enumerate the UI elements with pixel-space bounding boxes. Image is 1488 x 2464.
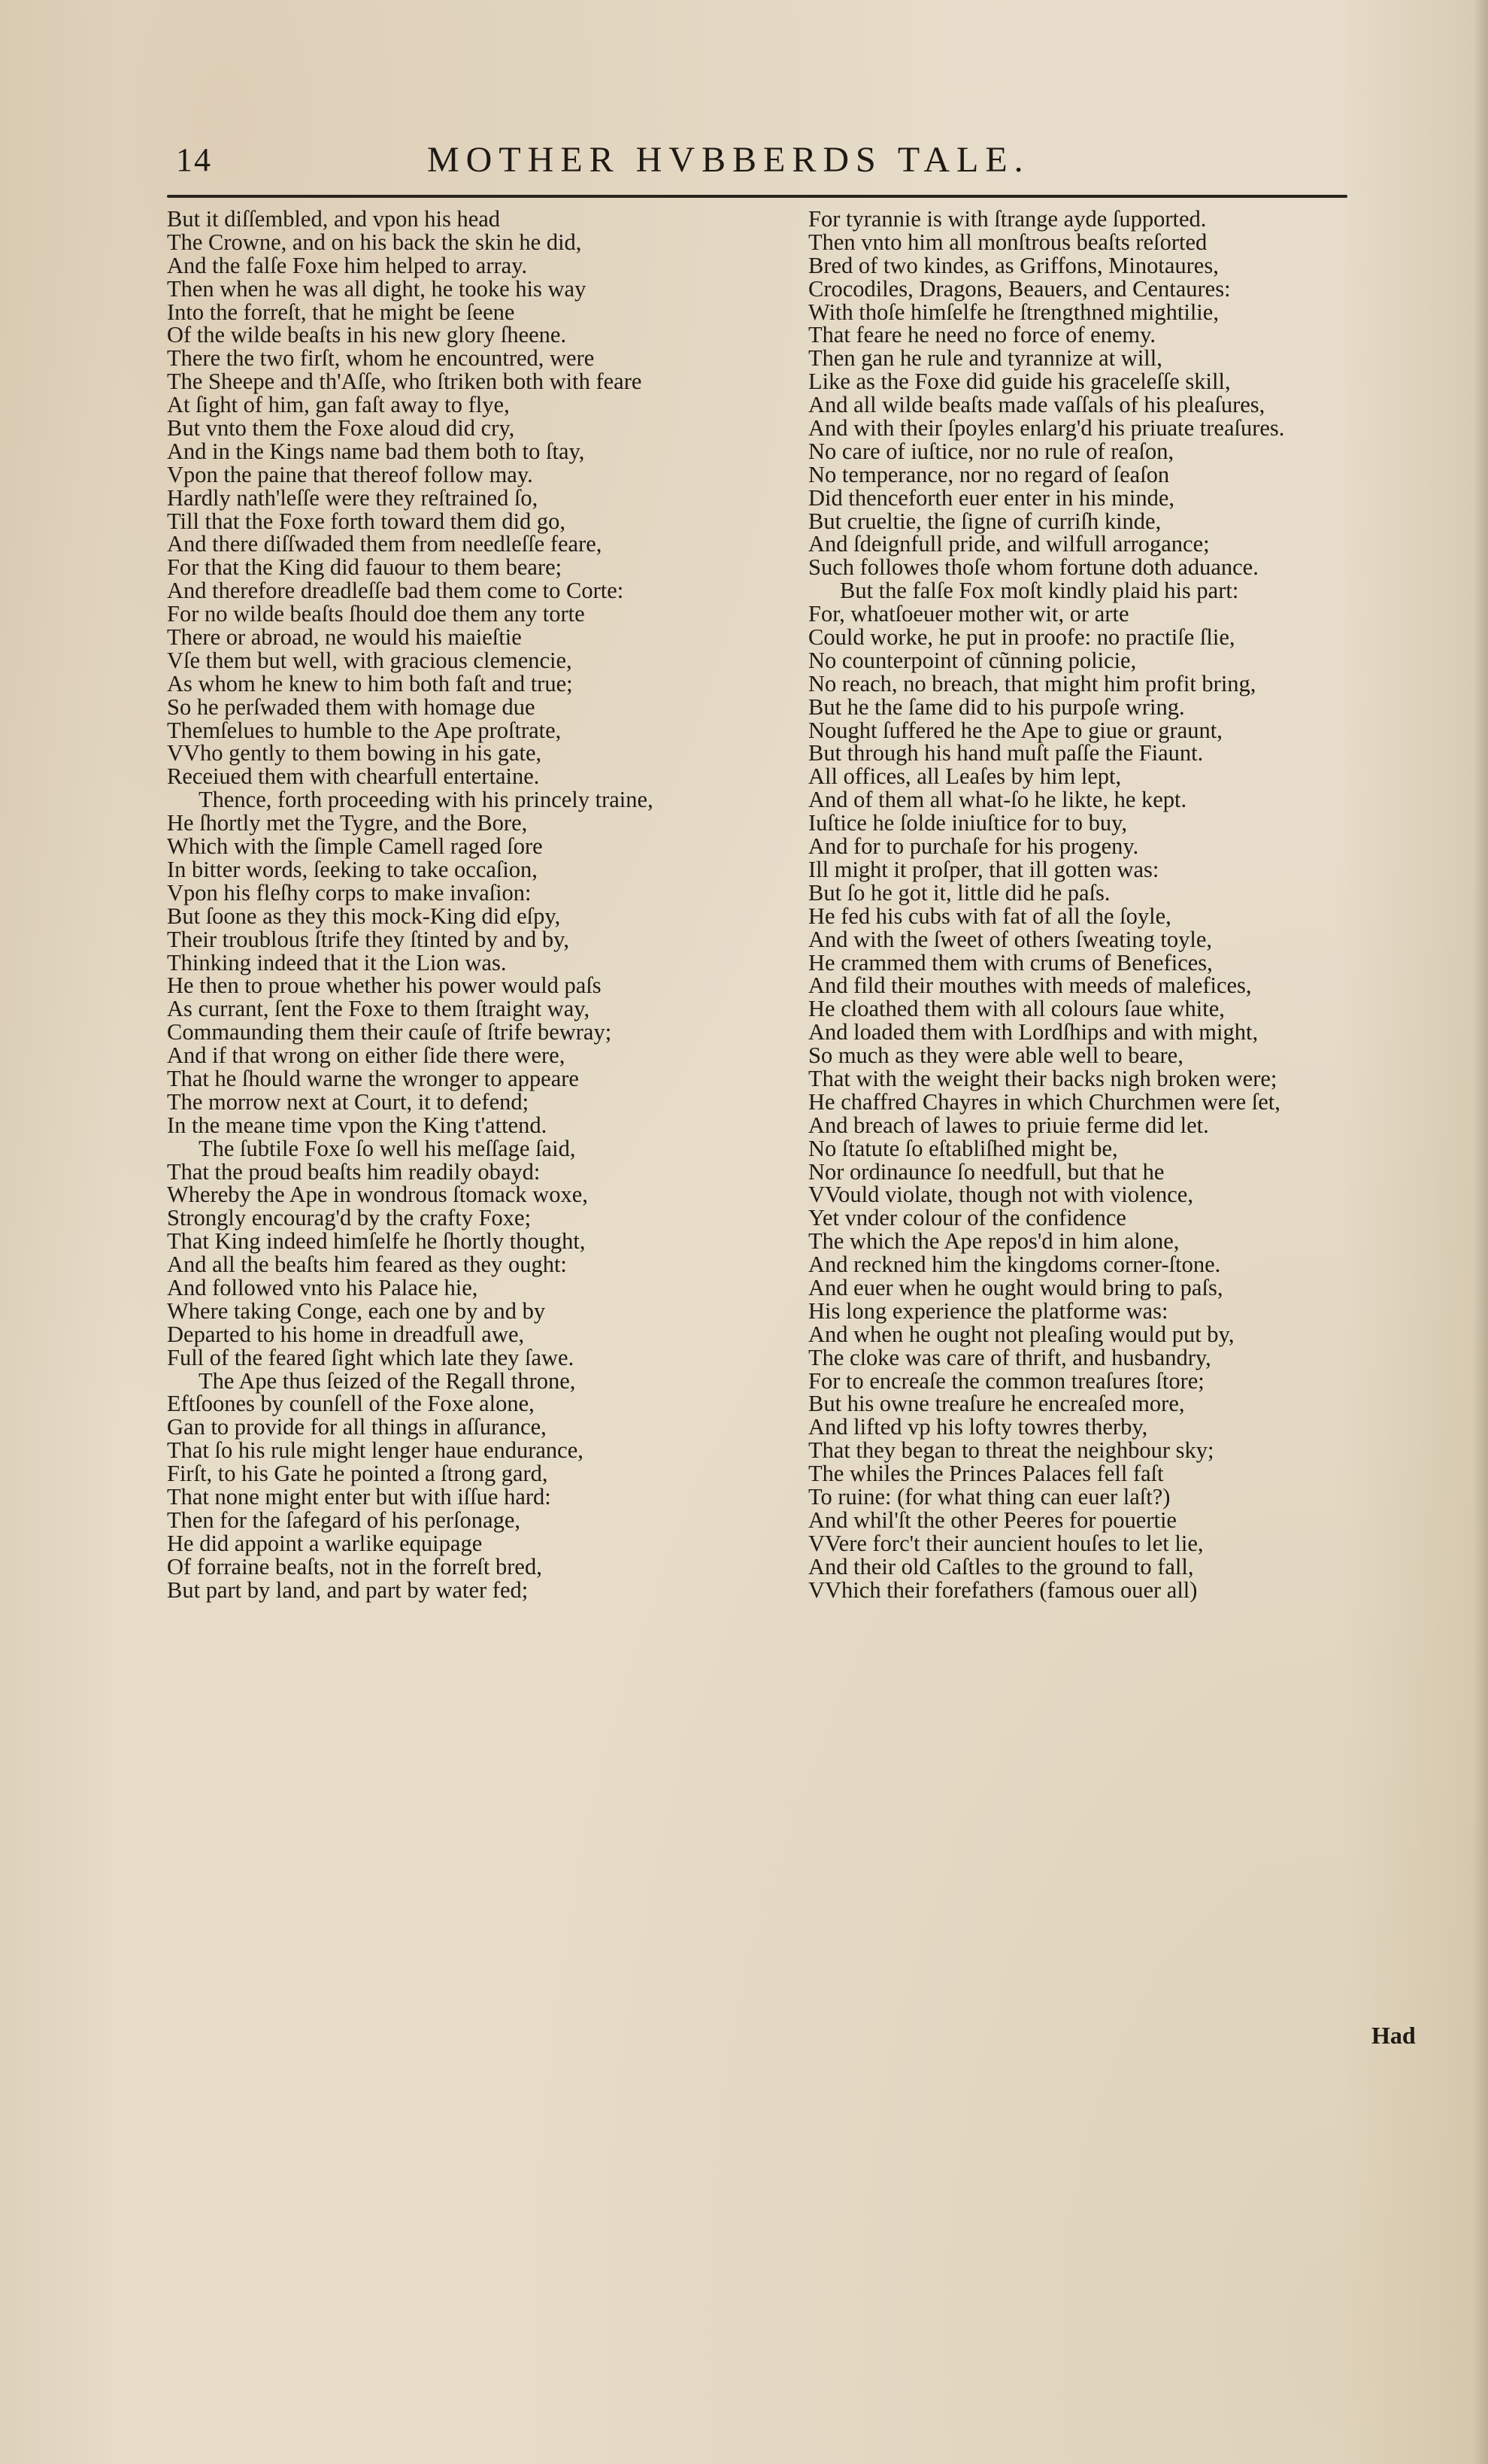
verse-line: The morrow next at Court, it to defend; xyxy=(167,1091,791,1114)
verse-line: And in the Kings name bad them both to ſ… xyxy=(167,440,791,463)
verse-line: So he perſwaded them with homage due xyxy=(167,696,791,719)
verse-line: That King indeed himſelfe he ſhortly tho… xyxy=(167,1230,791,1253)
verse-line: He fed his cubs with fat of all the ſoyl… xyxy=(808,905,1440,928)
verse-line: But part by land, and part by water fed; xyxy=(167,1579,791,1602)
verse-line: At ſight of him, gan faſt away to flye, xyxy=(167,393,791,417)
verse-line: Then when he was all dight, he tooke his… xyxy=(167,278,791,301)
verse-line: Where taking Conge, each one by and by xyxy=(167,1300,791,1323)
verse-line: Hardly nath'leſſe were they reſtrained ſ… xyxy=(167,487,791,510)
verse-line: That they began to threat the neighbour … xyxy=(808,1439,1440,1462)
running-head: 14 MOTHER HVBBERDS TALE. xyxy=(171,139,1405,184)
verse-line: He chaffred Chayres in which Churchmen w… xyxy=(808,1091,1440,1114)
verse-line: Into the forreſt, that he might be ſeene xyxy=(167,301,791,324)
verse-line: For tyrannie is with ſtrange ayde ſuppor… xyxy=(808,208,1440,231)
verse-line: And ſdeignfull pride, and wilfull arroga… xyxy=(808,533,1440,556)
verse-line: Of forraine beaſts, not in the forreſt b… xyxy=(167,1555,791,1579)
verse-line: So much as they were able well to beare, xyxy=(808,1044,1440,1067)
verse-line: He crammed them with crums of Benefices, xyxy=(808,951,1440,975)
verse-line: For, whatſoeuer mother wit, or arte xyxy=(808,602,1440,626)
verse-line: There the two firſt, whom he encountred,… xyxy=(167,347,791,370)
book-page: 14 MOTHER HVBBERDS TALE. But it diſſembl… xyxy=(0,0,1488,2464)
verse-line: For no wilde beaſts ſhould doe them any … xyxy=(167,602,791,626)
verse-line: The Crowne, and on his back the skin he … xyxy=(167,231,791,254)
verse-line: Like as the Foxe did guide his graceleſſ… xyxy=(808,370,1440,393)
verse-line: And whil'ſt the other Peeres for pouerti… xyxy=(808,1509,1440,1532)
verse-line: And all the beaſts him feared as they ou… xyxy=(167,1253,791,1276)
verse-line: Full of the feared ſight which late they… xyxy=(167,1346,791,1370)
verse-line: Bred of two kindes, as Griffons, Minotau… xyxy=(808,254,1440,278)
verse-line: But he the ſame did to his purpoſe wring… xyxy=(808,696,1440,719)
verse-line: But vnto them the Foxe aloud did cry, xyxy=(167,417,791,440)
verse-line: Of the wilde beaſts in his new glory ſhe… xyxy=(167,323,791,347)
verse-line: But ſo he got it, little did he paſs. xyxy=(808,882,1440,905)
verse-line: Which with the ſimple Camell raged ſore xyxy=(167,835,791,858)
verse-line: He ſhortly met the Tygre, and the Bore, xyxy=(167,812,791,835)
verse-line: His long experience the platforme was: xyxy=(808,1300,1440,1323)
verse-line: And euer when he ought would bring to pa… xyxy=(808,1276,1440,1300)
verse-line: But it diſſembled, and vpon his head xyxy=(167,208,791,231)
verse-line: Vpon the paine that thereof follow may. xyxy=(167,463,791,487)
verse-line: And all wilde beaſts made vaſſals of his… xyxy=(808,393,1440,417)
verse-line: And of them all what-ſo he likte, he kep… xyxy=(808,788,1440,812)
verse-line: There or abroad, ne would his maieſtie xyxy=(167,626,791,649)
verse-line: Firſt, to his Gate he pointed a ſtrong g… xyxy=(167,1462,791,1485)
verse-line: Commaunding them their cauſe of ſtrife b… xyxy=(167,1021,791,1044)
verse-line: That with the weight their backs nigh br… xyxy=(808,1067,1440,1091)
verse-line: VVere forc't their auncient houſes to le… xyxy=(808,1532,1440,1555)
verse-line: The ſubtile Foxe ſo well his meſſage ſai… xyxy=(167,1137,791,1161)
verse-line: Vpon his fleſhy corps to make invaſion: xyxy=(167,882,791,905)
verse-line: The Ape thus ſeized of the Regall throne… xyxy=(167,1370,791,1393)
verse-line: And for to purchaſe for his progeny. xyxy=(808,835,1440,858)
verse-line: Whereby the Ape in wondrous ſtomack woxe… xyxy=(167,1183,791,1206)
verse-line: And reckned him the kingdoms corner-ſton… xyxy=(808,1253,1440,1276)
verse-line: And therefore dreadleſſe bad them come t… xyxy=(167,579,791,602)
verse-line: Strongly encourag'd by the crafty Foxe; xyxy=(167,1206,791,1230)
verse-line: For to encreaſe the common treaſures ſto… xyxy=(808,1370,1440,1393)
verse-line: And their old Caſtles to the ground to f… xyxy=(808,1555,1440,1579)
verse-line: As whom he knew to him both faſt and tru… xyxy=(167,672,791,696)
verse-line: And breach of lawes to priuie ferme did … xyxy=(808,1114,1440,1137)
verse-line: Their troublous ſtrife they ſtinted by a… xyxy=(167,928,791,951)
verse-line: Then gan he rule and tyrannize at will, xyxy=(808,347,1440,370)
verse-line: That none might enter but with iſſue har… xyxy=(167,1485,791,1509)
verse-line: Nought ſuffered he the Ape to giue or gr… xyxy=(808,719,1440,742)
verse-line: That feare he need no force of enemy. xyxy=(808,323,1440,347)
verse-line: That ſo his rule might lenger haue endur… xyxy=(167,1439,791,1462)
verse-line: He cloathed them with all colours ſaue w… xyxy=(808,997,1440,1021)
verse-line: And lifted vp his lofty towres therby, xyxy=(808,1416,1440,1439)
verse-line: The cloke was care of thrift, and husban… xyxy=(808,1346,1440,1370)
verse-line: He did appoint a warlike equipage xyxy=(167,1532,791,1555)
verse-line: As currant, ſent the Foxe to them ſtraig… xyxy=(167,997,791,1021)
verse-line: VVould violate, though not with violence… xyxy=(808,1183,1440,1206)
verse-line: Crocodiles, Dragons, Beauers, and Centau… xyxy=(808,278,1440,301)
verse-line: In bitter words, ſeeking to take occaſio… xyxy=(167,858,791,882)
verse-line: That he ſhould warne the wronger to appe… xyxy=(167,1067,791,1091)
verse-line: Vſe them but well, with gracious clemenc… xyxy=(167,649,791,672)
verse-line: No reach, no breach, that might him prof… xyxy=(808,672,1440,696)
verse-line: The which the Ape repos'd in him alone, xyxy=(808,1230,1440,1253)
verse-line: VVhich their forefathers (famous ouer al… xyxy=(808,1579,1440,1602)
verse-line: Then for the ſafegard of his perſonage, xyxy=(167,1509,791,1532)
verse-line: And loaded them with Lordſhips and with … xyxy=(808,1021,1440,1044)
verse-line: Eftſoones by counſell of the Foxe alone, xyxy=(167,1392,791,1416)
page-title: MOTHER HVBBERDS TALE. xyxy=(427,139,1030,181)
verse-line: But crueltie, the ſigne of curriſh kinde… xyxy=(808,510,1440,533)
verse-line: Thence, forth proceeding with his prince… xyxy=(167,788,791,812)
verse-line: All offices, all Leaſes by him lept, xyxy=(808,765,1440,788)
verse-line: For that the King did fauour to them bea… xyxy=(167,556,791,579)
verse-line: In the meane time vpon the King t'attend… xyxy=(167,1114,791,1137)
verse-line: Till that the Foxe forth toward them did… xyxy=(167,510,791,533)
verse-line: No temperance, nor no regard of ſeaſon xyxy=(808,463,1440,487)
verse-line: Then vnto him all monſtrous beaſts reſor… xyxy=(808,231,1440,254)
verse-line: VVho gently to them bowing in his gate, xyxy=(167,742,791,765)
verse-line: Themſelues to humble to the Ape proſtrat… xyxy=(167,719,791,742)
verse-line: With thoſe himſelfe he ſtrengthned might… xyxy=(808,301,1440,324)
verse-line: And with the ſweet of others ſweating to… xyxy=(808,928,1440,951)
header-rule xyxy=(167,195,1347,198)
verse-line: And the falſe Foxe him helped to array. xyxy=(167,254,791,278)
verse-line: Nor ordinaunce ſo needfull, but that he xyxy=(808,1161,1440,1184)
verse-line: Ill might it proſper, that ill gotten wa… xyxy=(808,858,1440,882)
verse-line: But his owne treaſure he encreaſed more, xyxy=(808,1392,1440,1416)
verse-line: He then to proue whether his power would… xyxy=(167,974,791,997)
verse-line: And followed vnto his Palace hie, xyxy=(167,1276,791,1300)
verse-line: The Sheepe and th'Aſſe, who ſtriken both… xyxy=(167,370,791,393)
verse-line: And when he ought not pleaſing would put… xyxy=(808,1323,1440,1346)
right-column: For tyrannie is with ſtrange ayde ſuppor… xyxy=(808,208,1440,1601)
verse-line: Yet vnder colour of the confidence xyxy=(808,1206,1440,1230)
verse-line: That the proud beaſts him readily obayd: xyxy=(167,1161,791,1184)
verse-line: Departed to his home in dreadfull awe, xyxy=(167,1323,791,1346)
verse-line: No ſtatute ſo eſtabliſhed might be, xyxy=(808,1137,1440,1161)
verse-line: Did thenceforth euer enter in his minde, xyxy=(808,487,1440,510)
verse-line: Such followes thoſe whom fortune doth ad… xyxy=(808,556,1440,579)
verse-line: And there diſſwaded them from needleſſe … xyxy=(167,533,791,556)
verse-line: Could worke, he put in proofe: no practi… xyxy=(808,626,1440,649)
verse-line: No care of iuſtice, nor no rule of reaſo… xyxy=(808,440,1440,463)
verse-line: No counterpoint of cũnning policie, xyxy=(808,649,1440,672)
verse-line: Iuſtice he ſolde iniuſtice for to buy, xyxy=(808,812,1440,835)
verse-line: And fild their mouthes with meeds of mal… xyxy=(808,974,1440,997)
verse-line: But the falſe Fox moſt kindly plaid his … xyxy=(808,579,1440,602)
verse-line: Gan to provide for all things in aſſuran… xyxy=(167,1416,791,1439)
verse-line: To ruine: (for what thing can euer laſt?… xyxy=(808,1485,1440,1509)
verse-line: And if that wrong on either ſide there w… xyxy=(167,1044,791,1067)
left-column: But it diſſembled, and vpon his headThe … xyxy=(167,208,791,1601)
page-number: 14 xyxy=(176,141,212,179)
catchword: Had xyxy=(1371,2022,1416,2050)
verse-line: Thinking indeed that it the Lion was. xyxy=(167,951,791,975)
verse-line: Receiued them with chearfull entertaine. xyxy=(167,765,791,788)
verse-line: But through his hand muſt paſſe the Fiau… xyxy=(808,742,1440,765)
verse-line: The whiles the Princes Palaces fell faſt xyxy=(808,1462,1440,1485)
verse-line: And with their ſpoyles enlarg'd his priu… xyxy=(808,417,1440,440)
verse-line: But ſoone as they this mock-King did eſp… xyxy=(167,905,791,928)
